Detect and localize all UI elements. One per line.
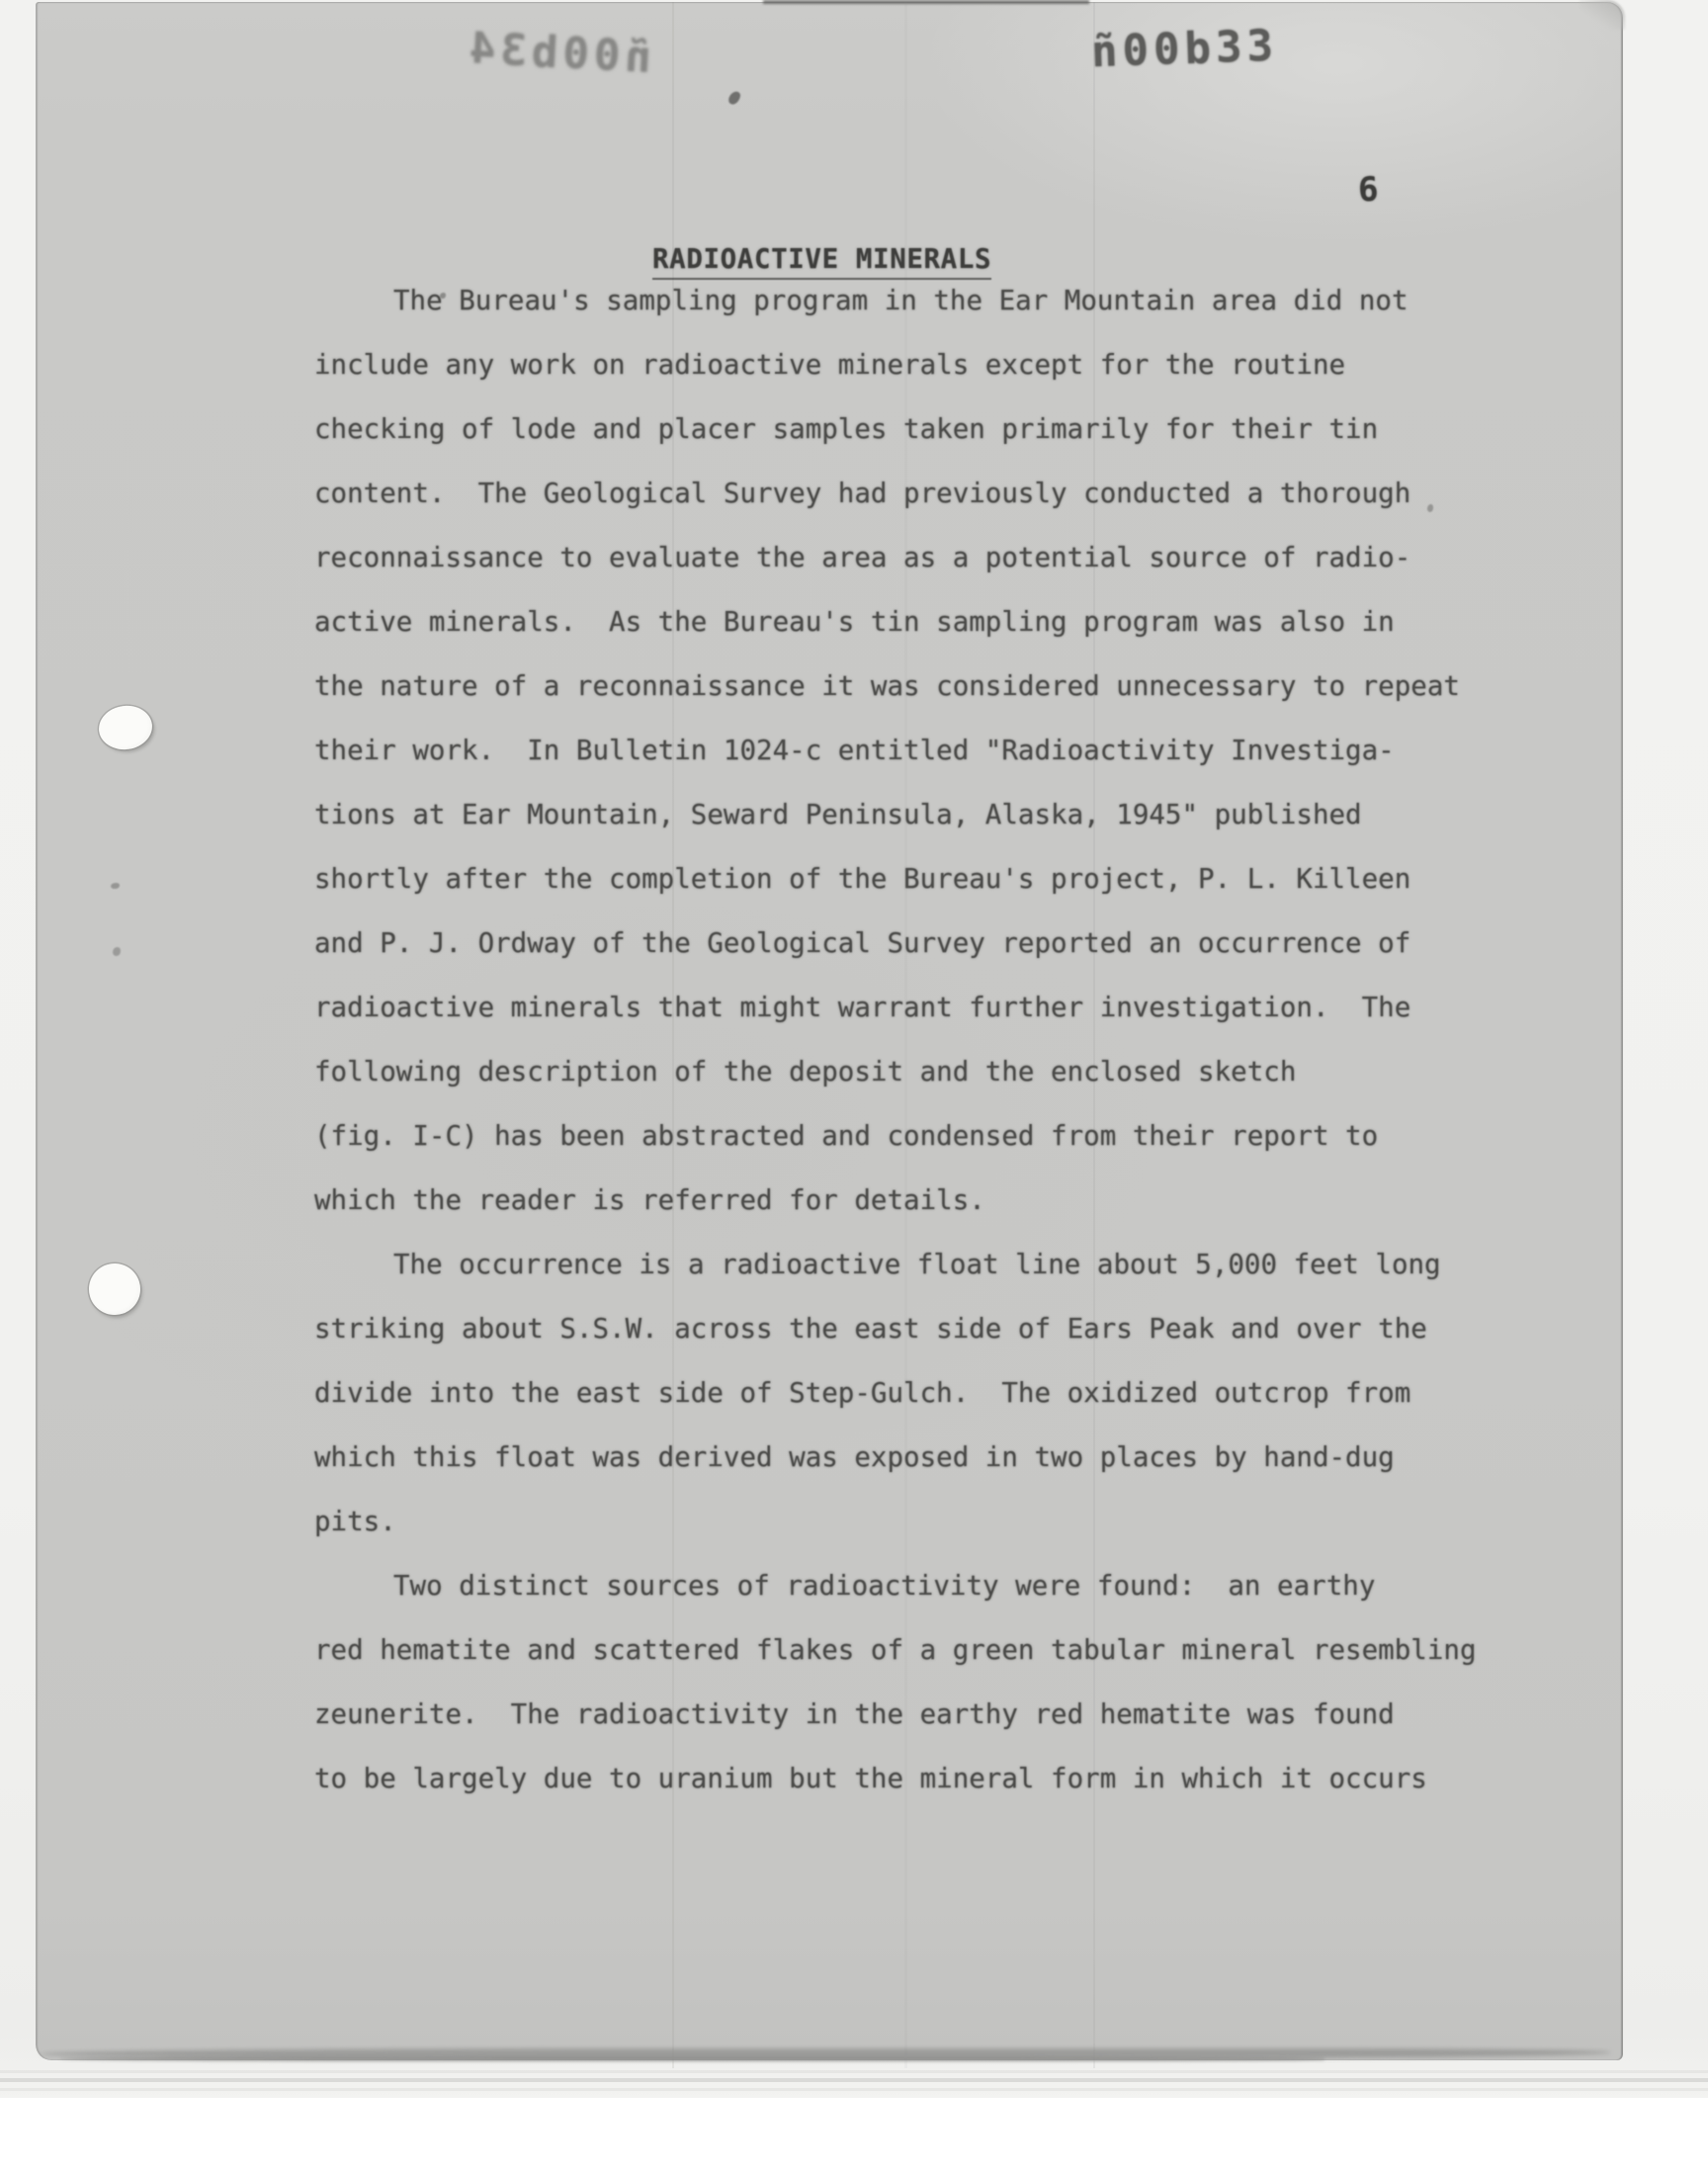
text-line: following description of the deposit and…	[314, 1040, 1540, 1104]
text-line: shortly after the completion of the Bure…	[314, 847, 1540, 912]
text-line: checking of lode and placer samples take…	[314, 397, 1540, 462]
text-line: (fig. I-C) has been abstracted and conde…	[314, 1104, 1540, 1169]
scan-streak-line	[0, 2070, 1708, 2073]
text-line: the nature of a reconnaissance it was co…	[314, 654, 1540, 719]
text-line: The occurrence is a radioactive float li…	[314, 1233, 1540, 1297]
page-number: 6	[1357, 170, 1379, 211]
stamp-number: ñ00b33	[1090, 21, 1279, 78]
text-line: and P. J. Ordway of the Geological Surve…	[314, 912, 1540, 976]
text-line: zeunerite. The radioactivity in the eart…	[314, 1683, 1540, 1747]
text-line: striking about S.S.W. across the east si…	[314, 1297, 1540, 1361]
text-line: active minerals. As the Bureau's tin sam…	[314, 590, 1540, 654]
scan-streak-line	[0, 2078, 1708, 2082]
paper-top-edge-smudge	[763, 0, 1089, 4]
bleedthrough-stamp-number: ñ00b34	[464, 23, 652, 83]
scanned-document: ñ00b34 ñ00b33 6 RADIOACTIVE MINERALS The…	[0, 0, 1708, 2175]
scan-streak-line	[0, 2088, 1708, 2091]
text-line: which the reader is referred for details…	[314, 1169, 1540, 1233]
text-line: content. The Geological Survey had previ…	[314, 462, 1540, 526]
text-line: divide into the east side of Step-Gulch.…	[314, 1361, 1540, 1426]
text-line: reconnaissance to evaluate the area as a…	[314, 526, 1540, 590]
text-line: include any work on radioactive minerals…	[314, 333, 1540, 397]
text-line: radioactive minerals that might warrant …	[314, 976, 1540, 1040]
text-line: their work. In Bulletin 1024-c entitled …	[314, 719, 1540, 783]
paper-bottom-edge-shadow	[59, 2056, 1324, 2061]
text-line: pits.	[314, 1490, 1540, 1554]
text-line: tions at Ear Mountain, Seward Peninsula,…	[314, 783, 1540, 847]
text-line: Two distinct sources of radioactivity we…	[314, 1554, 1540, 1618]
text-line: which this float was derived was exposed…	[314, 1426, 1540, 1490]
text-line: to be largely due to uranium but the min…	[314, 1747, 1540, 1811]
text-body: The Bureau's sampling program in the Ear…	[314, 269, 1540, 1811]
text-line: red hematite and scattered flakes of a g…	[314, 1618, 1540, 1683]
text-line: The Bureau's sampling program in the Ear…	[314, 269, 1540, 333]
